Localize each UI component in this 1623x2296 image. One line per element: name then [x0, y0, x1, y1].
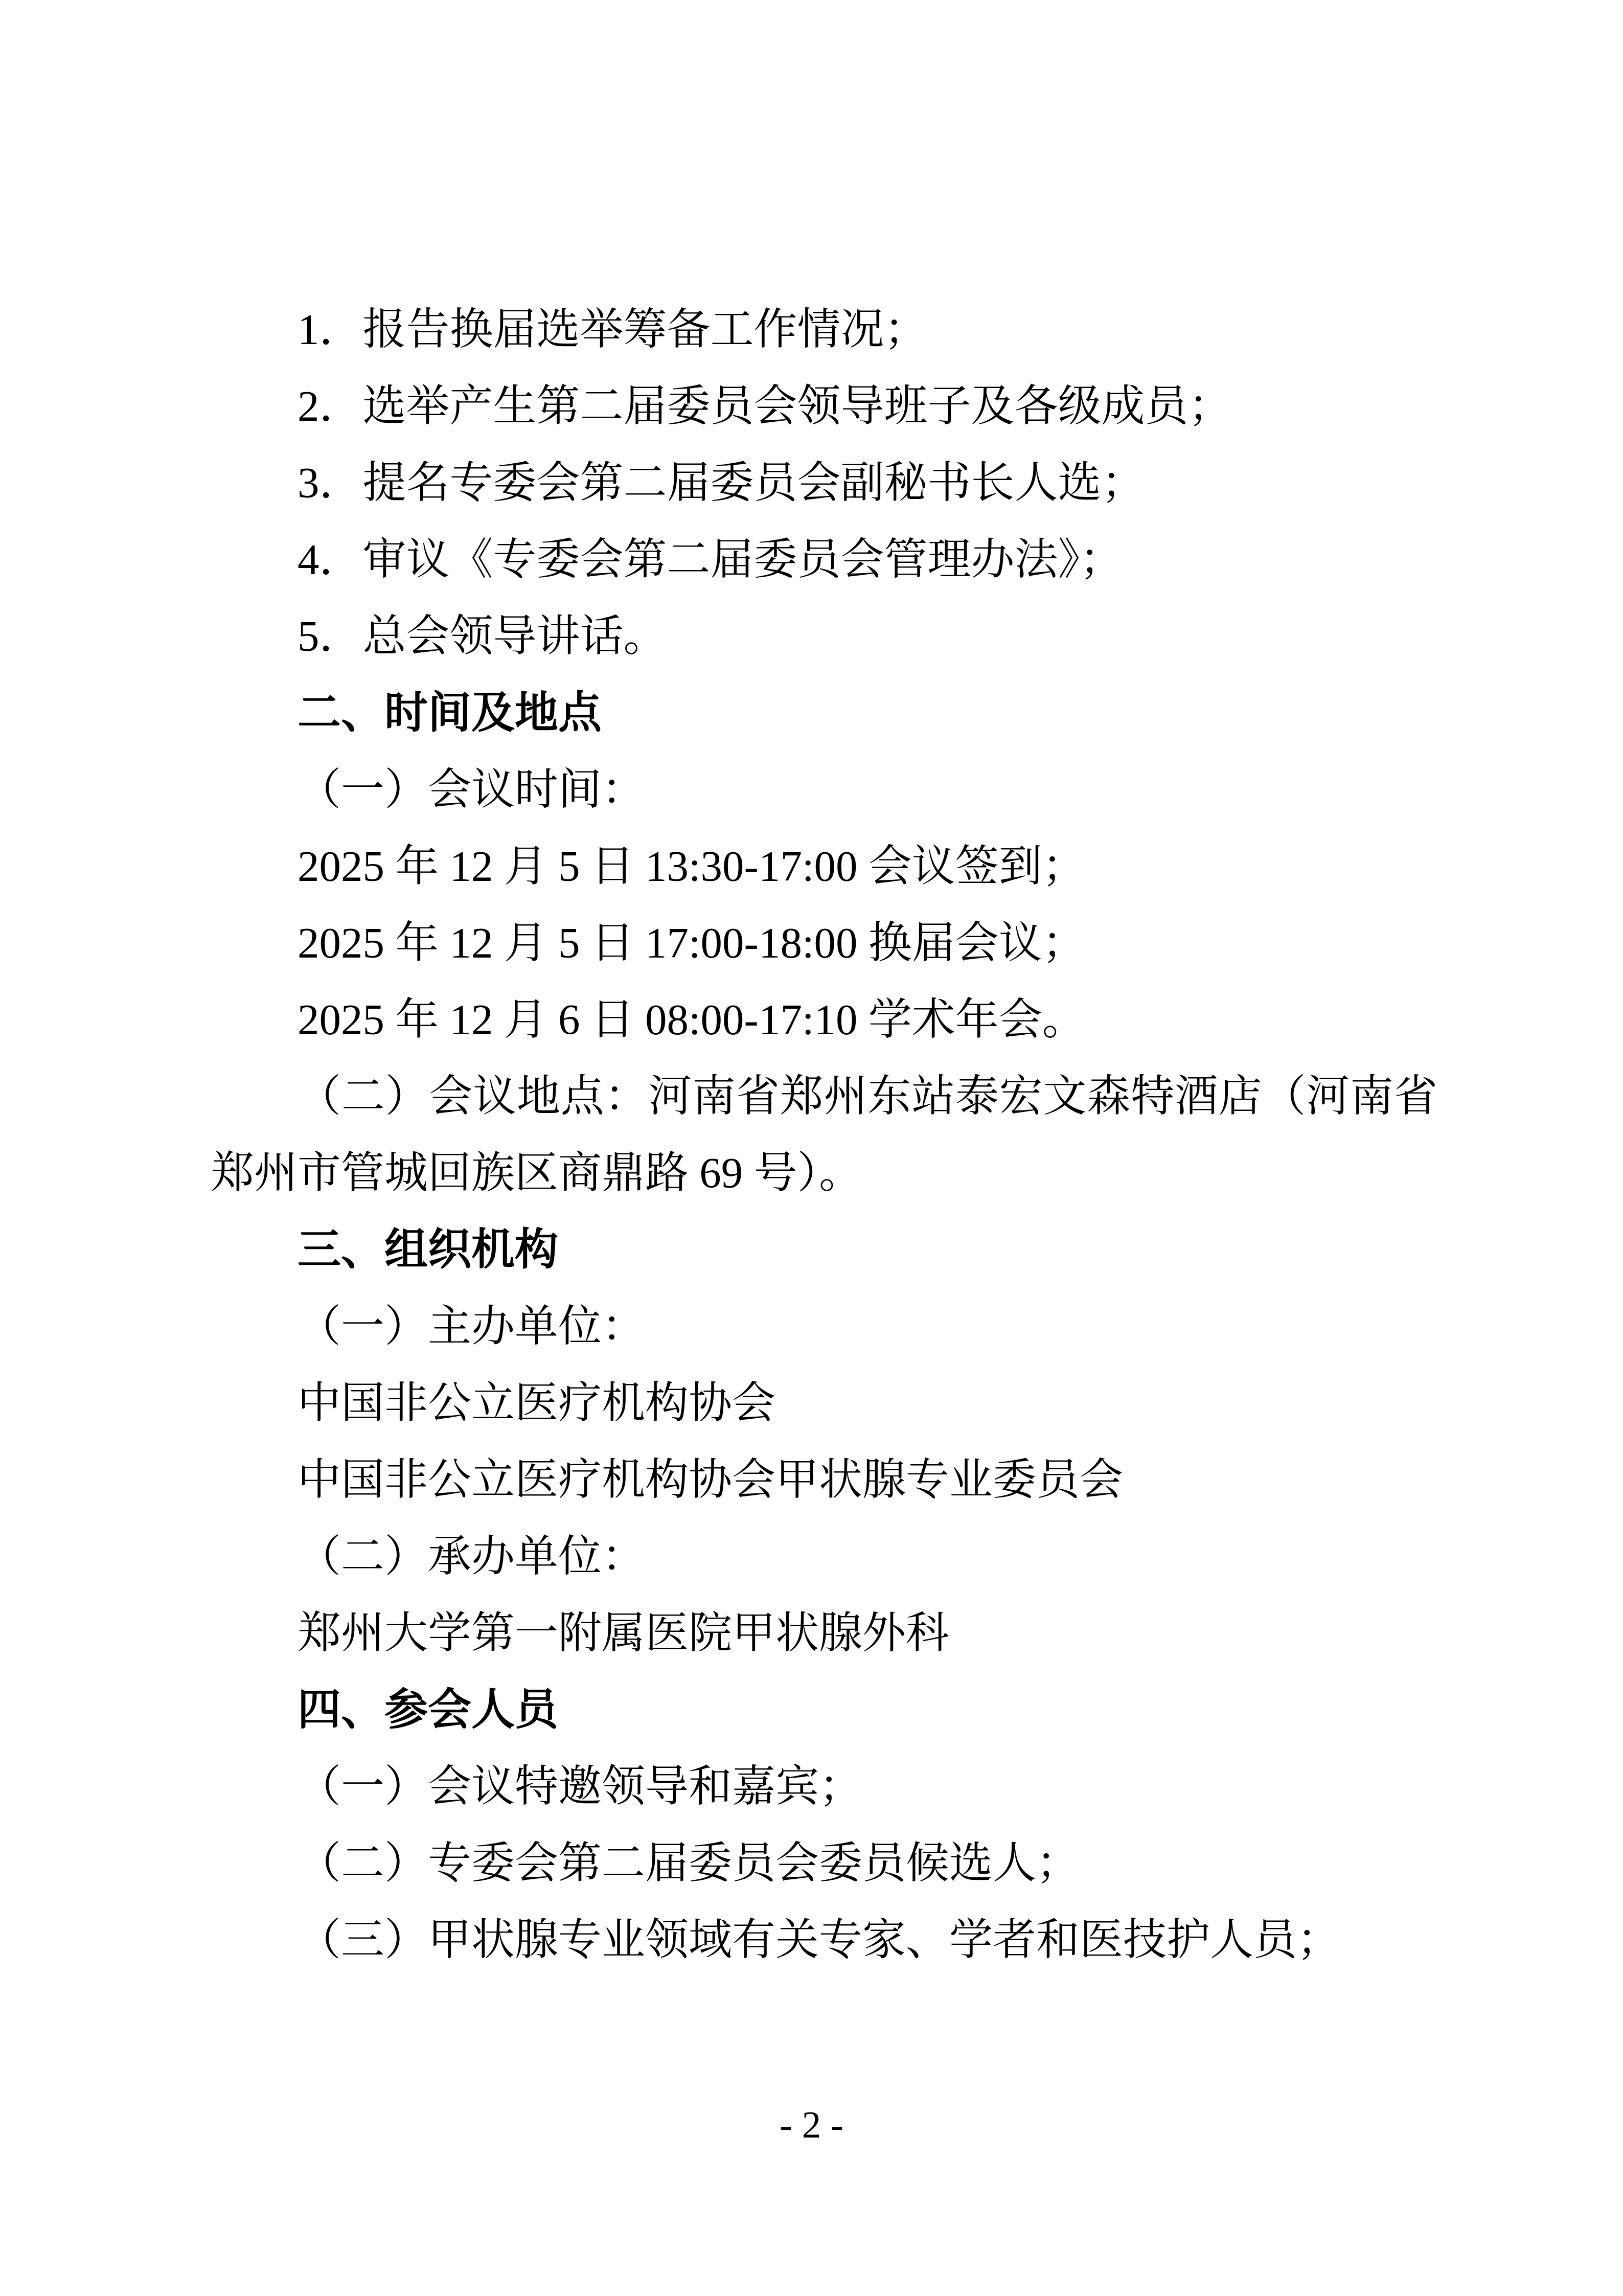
- agenda-item-4: 4．审议《专委会第二届委员会管理办法》；: [211, 521, 1437, 598]
- schedule-election-meeting: 2025 年 12 月 5 日 17:00-18:00 换届会议；: [211, 905, 1437, 982]
- document-page: 1．报告换届选举筹备工作情况；2．选举产生第二届委员会领导班子及各级成员；3．提…: [0, 0, 1623, 2296]
- text-run: 4．审议《专委会第二届委员会管理办法》；: [298, 536, 1123, 584]
- text-run: 四、参会人员: [298, 1686, 558, 1734]
- text-run: 中国非公立医疗机构协会甲状腺专业委员会: [298, 1456, 1123, 1504]
- text-run: （二）专委会第二届委员会委员候选人；: [298, 1839, 1080, 1888]
- text-run: （三）甲状腺专业领域有关专家、学者和医技护人员；: [298, 1916, 1340, 1964]
- agenda-item-3: 3．提名专委会第二届委员会副秘书长人选；: [211, 445, 1437, 521]
- text-run: 3．提名专委会第二届委员会副秘书长人选；: [298, 459, 1145, 507]
- host-unit-1: 中国非公立医疗机构协会: [211, 1365, 1437, 1442]
- organizer-unit-1: 郑州大学第一附属医院甲状腺外科: [211, 1595, 1437, 1672]
- subsection-host-unit: （一）主办单位：: [211, 1288, 1437, 1365]
- schedule-signin: 2025 年 12 月 5 日 13:30-17:00 会议签到；: [211, 828, 1437, 905]
- text-run: （二）承办单位：: [298, 1533, 645, 1581]
- schedule-academic-conference: 2025 年 12 月 6 日 08:00-17:10 学术年会。: [211, 982, 1437, 1058]
- host-unit-2: 中国非公立医疗机构协会甲状腺专业委员会: [211, 1442, 1437, 1518]
- text-run: 中国非公立医疗机构协会: [298, 1379, 775, 1427]
- agenda-item-1: 1．报告换届选举筹备工作情况；: [211, 291, 1437, 368]
- participants-item-2: （二）专委会第二届委员会委员候选人；: [211, 1825, 1437, 1902]
- text-run: 2025 年 12 月 6 日 08:00-17:10 学术年会。: [298, 996, 1086, 1044]
- section-heading-participants: 四、参会人员: [211, 1672, 1437, 1748]
- document-body: 1．报告换届选举筹备工作情况；2．选举产生第二届委员会领导班子及各级成员；3．提…: [211, 291, 1437, 1979]
- text-run: 2025 年 12 月 5 日 13:30-17:00 会议签到；: [298, 843, 1086, 891]
- text-run: 2．选举产生第二届委员会领导班子及各级成员；: [298, 382, 1232, 430]
- text-run: 5．总会领导讲话。: [298, 612, 667, 661]
- text-run: 二、时间及地点: [298, 689, 602, 737]
- text-run: （一）会议特邀领导和嘉宾；: [298, 1763, 862, 1811]
- participants-item-3: （三）甲状腺专业领域有关专家、学者和医技护人员；: [211, 1902, 1437, 1979]
- section-heading-time-place: 二、时间及地点: [211, 675, 1437, 752]
- subsection-meeting-time: （一）会议时间：: [211, 752, 1437, 828]
- section-heading-organization: 三、组织机构: [211, 1212, 1437, 1288]
- participants-item-1: （一）会议特邀领导和嘉宾；: [211, 1748, 1437, 1825]
- text-run: （一）会议时间：: [298, 766, 645, 814]
- text-run: 三、组织机构: [298, 1225, 558, 1274]
- text-run: 2025 年 12 月 5 日 17:00-18:00 换届会议；: [298, 919, 1086, 967]
- subsection-meeting-place: （二）会议地点：河南省郑州东站泰宏文森特酒店（河南省郑州市管城回族区商鼎路 69…: [211, 1058, 1437, 1212]
- agenda-item-2: 2．选举产生第二届委员会领导班子及各级成员；: [211, 368, 1437, 445]
- text-run: （一）主办单位：: [298, 1303, 645, 1351]
- text-run: 郑州大学第一附属医院甲状腺外科: [298, 1609, 949, 1657]
- text-run: 1．报告换届选举筹备工作情况；: [298, 306, 928, 354]
- agenda-item-5: 5．总会领导讲话。: [211, 598, 1437, 675]
- footer-page-number: - 2 -: [0, 2102, 1623, 2148]
- text-run: （二）会议地点：: [298, 1073, 648, 1121]
- subsection-organizer-unit: （二）承办单位：: [211, 1518, 1437, 1595]
